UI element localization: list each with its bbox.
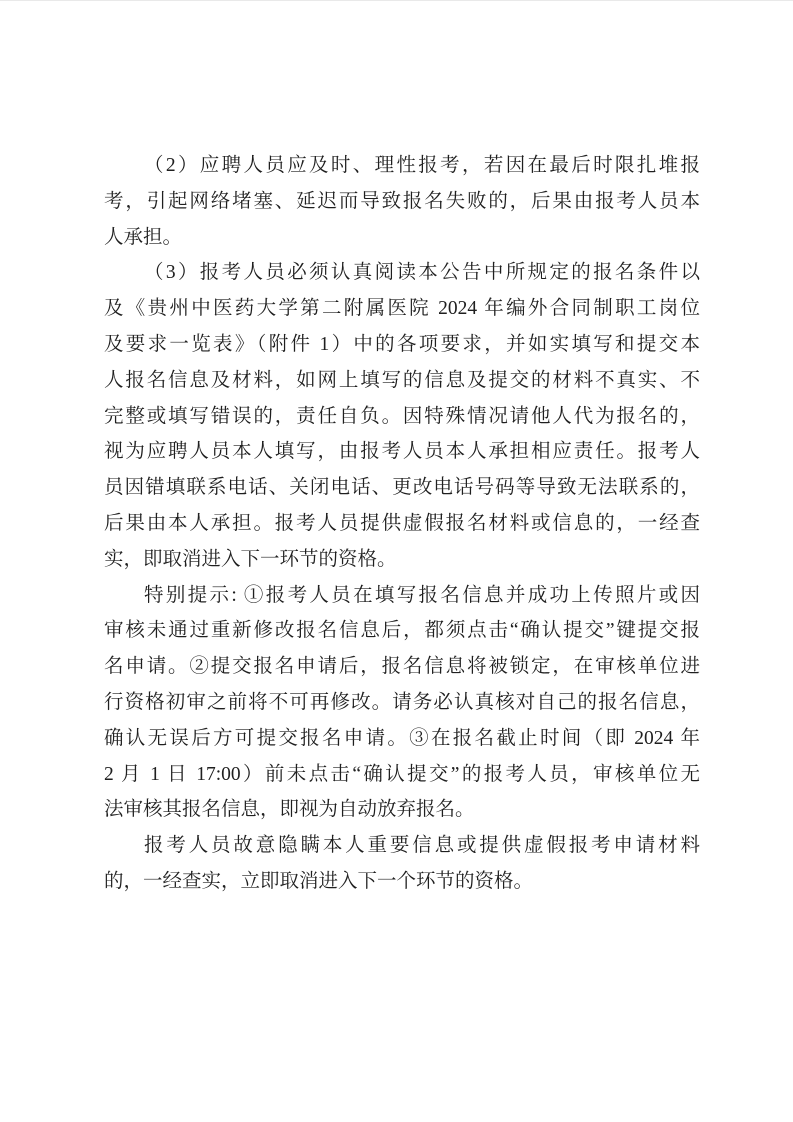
text-line: 及要求一览表》（附件 1）中的各项要求，并如实填写和提交本 bbox=[104, 327, 700, 363]
document-page: （2）应聘人员应及时、理性报考，若因在最后时限扎堆报考，引起网络堵塞、延迟而导致… bbox=[0, 0, 793, 1122]
text-line: 2 月 1 日 17:00）前未点击“确认提交”的报考人员，审核单位无 bbox=[104, 757, 700, 793]
text-line: 特别提示: ①报考人员在填写报名信息并成功上传照片或因 bbox=[104, 578, 700, 614]
text-line: 人报名信息及材料，如网上填写的信息及提交的材料不真实、不 bbox=[104, 363, 700, 399]
text-line: 审核未通过重新修改报名信息后，都须点击“确认提交”键提交报 bbox=[104, 613, 700, 649]
text-line: （2）应聘人员应及时、理性报考，若因在最后时限扎堆报 bbox=[104, 148, 700, 184]
text-line: 确认无误后方可提交报名申请。③在报名截止时间（即 2024 年 bbox=[104, 721, 700, 757]
text-line: 的，一经查实，立即取消进入下一个环节的资格。 bbox=[104, 864, 700, 900]
text-line: 员因错填联系电话、关闭电话、更改电话号码等导致无法联系的， bbox=[104, 470, 700, 506]
text-line: （3）报考人员必须认真阅读本公告中所规定的报名条件以 bbox=[104, 255, 700, 291]
text-line: 报考人员故意隐瞒本人重要信息或提供虚假报考申请材料 bbox=[104, 828, 700, 864]
text-line: 人承担。 bbox=[104, 220, 700, 256]
text-line: 视为应聘人员本人填写，由报考人员本人承担相应责任。报考人 bbox=[104, 434, 700, 470]
text-block: （2）应聘人员应及时、理性报考，若因在最后时限扎堆报考，引起网络堵塞、延迟而导致… bbox=[104, 148, 700, 900]
text-line: 及《贵州中医药大学第二附属医院 2024 年编外合同制职工岗位 bbox=[104, 291, 700, 327]
text-line: 行资格初审之前将不可再修改。请务必认真核对自己的报名信息， bbox=[104, 685, 700, 721]
text-line: 名申请。②提交报名申请后，报名信息将被锁定，在审核单位进 bbox=[104, 649, 700, 685]
text-line: 后果由本人承担。报考人员提供虚假报名材料或信息的，一经查 bbox=[104, 506, 700, 542]
text-line: 完整或填写错误的，责任自负。因特殊情况请他人代为报名的， bbox=[104, 399, 700, 435]
text-line: 法审核其报名信息，即视为自动放弃报名。 bbox=[104, 792, 700, 828]
text-line: 考，引起网络堵塞、延迟而导致报名失败的，后果由报考人员本 bbox=[104, 184, 700, 220]
text-line: 实，即取消进入下一环节的资格。 bbox=[104, 542, 700, 578]
